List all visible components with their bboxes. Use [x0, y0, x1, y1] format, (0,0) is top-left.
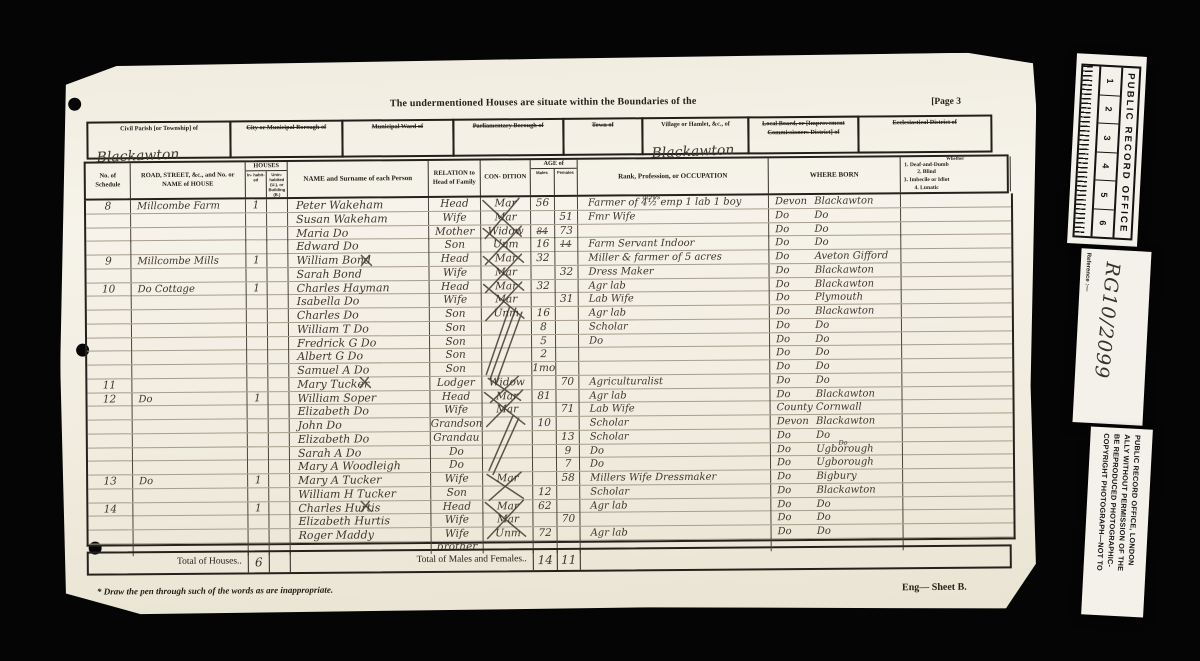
cell-age-male: 56: [531, 197, 555, 210]
cell-condition: Widow: [482, 376, 532, 389]
census-document: The undermentioned Houses are situate wi…: [58, 52, 1040, 616]
cell-inhabited: [246, 240, 267, 254]
cell-where-born: DoDo: [769, 208, 901, 222]
cell-name: Isabella Do: [289, 294, 430, 308]
cell-inhabited: [248, 419, 269, 432]
cell-name: William Soper: [289, 390, 430, 404]
district-field-label: Ecclesiastical District of: [890, 119, 958, 128]
cell-schedule: [86, 214, 131, 227]
cell-inhabited: [248, 488, 269, 501]
cell-relation: Lodger: [430, 376, 482, 389]
cell-relation: Son: [430, 363, 482, 376]
cell-schedule: 14: [88, 503, 133, 516]
cell-name: Edward Do: [288, 239, 429, 254]
cell-condition: [482, 335, 532, 348]
cell-condition: Mar: [483, 403, 533, 416]
cell-infirmity: [902, 386, 1012, 400]
cell-inhabited: [247, 364, 268, 377]
cell-infirmity: [902, 290, 1012, 304]
census-rows: 8Millcombe Farm1Peter WakehamHeadMar56Fa…: [84, 193, 1016, 546]
cell-relation: Grandau: [431, 431, 483, 444]
header-houses-title: HOUSES: [246, 162, 287, 171]
cell-road: [132, 309, 247, 323]
cell-uninhabited: [267, 213, 288, 226]
cell-age-female: 73: [555, 224, 578, 238]
cell-road: [132, 378, 247, 392]
total-houses-label: Total of Houses..: [89, 552, 249, 573]
cell-where-born: DevonBlackawton: [771, 414, 903, 428]
cell-inhabited: [248, 447, 269, 460]
cell-relation: Son: [429, 239, 481, 253]
cell-schedule: [88, 434, 133, 447]
cell-relation: Mother: [429, 225, 481, 239]
cell-uninhabited: [268, 364, 289, 377]
cell-occupation: Fmr Wife: [578, 209, 769, 223]
cell-condition: [483, 431, 533, 444]
cell-relation: Do: [431, 445, 483, 458]
cell-age-female: 51: [555, 211, 578, 224]
cell-relation: Wife: [431, 473, 483, 486]
cell-where-born: DoBlackawton: [770, 304, 902, 318]
cell-relation: Head: [429, 198, 481, 211]
cell-uninhabited: [267, 254, 288, 267]
cell-name: Susan Wakeham: [288, 212, 429, 226]
cell-age-male: 10: [533, 417, 557, 430]
district-field-label: Municipal Ward of: [370, 123, 425, 132]
ruler-number: 2: [1098, 95, 1119, 125]
cell-schedule: [87, 324, 132, 337]
cell-infirmity: [902, 345, 1012, 359]
cell-relation: Grandson: [431, 418, 483, 431]
cell-age-female: [556, 321, 579, 334]
cell-where-born: DoDo: [770, 359, 902, 373]
cell-where-born: DoDo: [771, 428, 903, 442]
cell-name: Elizabeth Do: [290, 404, 431, 418]
cell-name: William H Tucker: [290, 487, 431, 501]
cell-occupation: [579, 360, 770, 374]
cell-where-born: CountyCornwall: [771, 400, 903, 414]
cell-schedule: 13: [88, 475, 133, 488]
cell-age-female: 14: [555, 238, 578, 252]
cell-schedule: [86, 269, 131, 282]
cell-age-female: [556, 279, 579, 292]
cell-condition: Mar: [481, 266, 531, 279]
cell-inhabited: [248, 433, 269, 446]
cell-occupation: Agr lab: [579, 388, 770, 402]
cell-where-born: DoBlackawton: [770, 387, 902, 401]
district-row: Civil Parish [or Township] ofBlackawtonC…: [86, 114, 1006, 159]
ruler-number: 4: [1095, 152, 1116, 182]
cell-road: [131, 241, 246, 256]
cell-where-born: DoPlymouth: [770, 290, 902, 304]
cell-where-born: DoDo: [770, 332, 902, 346]
cell-inhabited: [247, 323, 268, 336]
header-road: ROAD, STREET, &c., and No. or NAME of HO…: [131, 162, 246, 198]
cell-condition: [483, 445, 533, 458]
cell-inhabited: [247, 295, 268, 308]
cell-uninhabited: [267, 268, 288, 281]
cell-road: [133, 406, 248, 420]
cell-name: Samuel A Do: [289, 363, 430, 377]
header-name: NAME and Surname of each Person: [288, 161, 429, 197]
cell-age-female: 13: [557, 431, 580, 444]
cell-road: [132, 337, 247, 351]
reference-value: RG10/2099: [1090, 261, 1124, 380]
footnote: * Draw the pen through such of the words…: [97, 585, 333, 597]
cell-schedule: 12: [87, 393, 132, 406]
cell-age-male: 32: [531, 252, 555, 265]
cell-road: Millcombe Farm: [131, 199, 246, 213]
cell-infirmity: [902, 331, 1012, 345]
cell-uninhabited: [269, 488, 290, 501]
header-age: AGE of Males Females: [531, 160, 578, 195]
cell-age-male: [531, 266, 555, 279]
cell-age-female: 58: [557, 472, 580, 485]
cell-road: [133, 502, 248, 516]
cell-name: Sarah Bond: [288, 267, 429, 281]
cell-schedule: 10: [87, 283, 132, 296]
cell-inhabited: [248, 515, 269, 528]
infirmity-list: 1. Deaf-and-Dumb2. Blind3. Imbecile or I…: [904, 162, 950, 192]
cell-age-male: 5: [532, 334, 556, 347]
cell-schedule: [87, 352, 132, 365]
cell-infirmity: [903, 400, 1013, 414]
cell-relation: Wife: [429, 266, 481, 279]
cell-age-male: [533, 431, 557, 444]
cell-inhabited: 1: [246, 254, 267, 267]
district-field: Village or Hamlet, &c., ofBlackawton: [641, 116, 750, 155]
cell-age-male: [533, 444, 557, 457]
cell-infirmity: [902, 358, 1012, 372]
ruler-number: 5: [1094, 180, 1115, 210]
cell-occupation: Agr lab: [579, 305, 770, 319]
cell-relation: Head: [431, 500, 483, 513]
cell-where-born: DoUgboroughDo: [771, 442, 903, 456]
cell-occupation: [580, 512, 771, 526]
cell-schedule: [86, 242, 131, 256]
cell-schedule: 11: [87, 379, 132, 392]
cell-where-born: DoDo: [769, 235, 901, 250]
header-where-born: WHERE BORN: [769, 157, 901, 193]
cell-road: [133, 461, 248, 475]
cell-schedule: 9: [86, 255, 131, 268]
cell-road: Do Cottage: [132, 282, 247, 296]
cell-uninhabited: [267, 199, 288, 212]
copyright-card: COPYRIGHT PHOTOGRAPH—NOT TOBE REPRODUCED…: [1081, 427, 1153, 618]
cell-road: [131, 213, 246, 227]
reference-card: Reference :— RG10/2099: [1072, 248, 1151, 425]
cell-infirmity: [903, 455, 1013, 469]
cell-uninhabited: [269, 419, 290, 432]
cell-condition: [482, 362, 532, 375]
cell-where-born: DoBigbury: [771, 469, 903, 483]
cell-uninhabited: [268, 282, 289, 295]
cell-age-female: 71: [557, 403, 580, 416]
cell-schedule: 8: [86, 200, 131, 213]
cell-infirmity: [903, 441, 1013, 455]
cell-name: Albert G Do: [289, 349, 430, 363]
cell-name: Elizabeth Do: [290, 432, 431, 446]
cell-occupation: Millers Wife Dressmaker: [580, 470, 771, 484]
cell-name: Maria Do: [288, 225, 429, 240]
cell-age-male: 1mo: [532, 362, 556, 375]
cell-name: William Bond: [288, 253, 429, 267]
cell-inhabited: 1: [248, 502, 269, 515]
cell-where-born: DoAveton Gifford: [769, 249, 901, 263]
cell-condition: [483, 486, 533, 499]
cell-name: William T Do: [289, 322, 430, 336]
cell-where-born: DoBlackawton: [769, 263, 901, 277]
cell-inhabited: [247, 350, 268, 363]
cell-road: [133, 447, 248, 461]
cell-age-female: [557, 486, 580, 499]
header-houses: HOUSES In- habit- ed Unin- habited (U.),…: [246, 162, 288, 197]
cell-where-born: DevonBlackawton: [769, 194, 901, 208]
cell-infirmity: [901, 207, 1011, 221]
cell-age-female: [555, 197, 578, 210]
cell-relation: Son: [430, 349, 482, 362]
district-field-label: Civil Parish [or Township] of: [118, 125, 200, 134]
cell-relation: Son: [430, 308, 482, 321]
district-field: Civil Parish [or Township] ofBlackawton: [86, 120, 232, 159]
hole-punch: [68, 98, 81, 111]
cell-uninhabited: [268, 337, 289, 350]
cell-road: [131, 227, 246, 242]
cell-uninhabited: [269, 502, 290, 515]
cell-condition: Mar: [482, 390, 532, 403]
cell-relation: Do: [431, 459, 483, 472]
cell-age-male: 16: [532, 307, 556, 320]
ruler-number: 6: [1092, 209, 1113, 238]
cell-occupation: Do: [580, 457, 771, 471]
cell-schedule: [87, 365, 132, 378]
cell-schedule: [87, 310, 132, 323]
header-females: Females: [554, 169, 577, 195]
cell-age-male: 2: [532, 348, 556, 361]
cell-occupation: Scholar: [580, 484, 771, 498]
header-schedule: No. of Schedule: [86, 163, 131, 198]
cell-infirmity: [903, 468, 1013, 482]
cell-age-male: 16: [531, 238, 555, 252]
cell-relation: Son: [430, 335, 482, 348]
cell-condition: [482, 348, 532, 361]
cell-where-born: DoBlackawton: [771, 483, 903, 497]
cell-occupation: Scholar: [580, 429, 771, 443]
cell-name: Charles Hayman: [289, 280, 430, 294]
cell-infirmity: [903, 427, 1013, 441]
cell-age-female: 70: [557, 513, 580, 526]
district-field: Municipal Ward of: [341, 119, 454, 158]
infirmity-item: 4. Lunatic: [904, 184, 950, 192]
cell-age-male: 62: [533, 499, 557, 512]
cell-age-female: [557, 499, 580, 512]
header-uninhabited: Unin- habited (U.), or Building (B.): [267, 171, 287, 197]
cell-relation: Wife: [431, 404, 483, 417]
cell-where-born: DoDo: [770, 373, 902, 387]
cell-uninhabited: [268, 378, 289, 391]
cell-relation: Head: [429, 253, 481, 266]
cell-where-born: DoDo: [771, 510, 903, 524]
header-age-title: AGE of: [531, 160, 577, 170]
district-field: City or Municipal Borough of: [230, 120, 343, 159]
district-field: Ecclesiastical District of: [857, 115, 993, 154]
cell-inhabited: 1: [248, 474, 269, 487]
cell-age-male: [531, 211, 555, 224]
cell-where-born: DoBlackawton: [770, 277, 902, 291]
header-condition: CON- DITION: [481, 160, 531, 195]
cell-relation: Wife: [430, 294, 482, 307]
cell-name: Sarah A Do: [290, 445, 431, 459]
cell-occupation: Scholar: [580, 415, 771, 429]
cell-uninhabited: [269, 474, 290, 487]
cell-occupation: Agriculturalist: [579, 374, 770, 388]
cell-age-male: [533, 403, 557, 416]
cell-relation: Son: [430, 321, 482, 334]
cell-condition: Widow: [481, 225, 531, 239]
cell-condition: Mar: [481, 197, 531, 210]
cell-age-female: 32: [555, 266, 578, 279]
cell-road: [132, 323, 247, 337]
cell-inhabited: [246, 213, 267, 226]
cell-inhabited: 1: [247, 282, 268, 295]
cell-infirmity: [903, 510, 1013, 524]
pro-ruler-card: 123456 PUBLIC RECORD OFFICE: [1067, 53, 1147, 246]
cell-uninhabited: [269, 460, 290, 473]
header-males: Males: [531, 169, 555, 195]
cell-age-female: 70: [556, 376, 579, 389]
cell-schedule: [88, 517, 133, 530]
cell-condition: Mar: [483, 513, 533, 526]
cell-schedule: [88, 489, 133, 502]
cell-occupation: Scholar: [579, 319, 770, 333]
cell-condition: [483, 458, 533, 471]
cell-occupation: Miller & farmer of 5 acres: [578, 250, 769, 264]
cell-uninhabited: [267, 227, 288, 241]
cell-infirmity: [902, 372, 1012, 386]
cell-where-born: DoDo: [769, 222, 901, 237]
cell-schedule: [88, 420, 133, 433]
district-field-label: Parliamentary Borough of: [471, 122, 546, 131]
cell-inhabited: [248, 405, 269, 418]
cell-infirmity: [901, 248, 1011, 262]
cell-road: Do: [132, 392, 247, 406]
cell-schedule: [88, 407, 133, 420]
cell-infirmity: [902, 303, 1012, 317]
district-field-label: Local Board, or [Improvement Commissione…: [750, 120, 857, 138]
header-occupation: Rank, Profession, or OCCUPATION: [578, 158, 769, 194]
cell-infirmity: [903, 482, 1013, 496]
cell-schedule: [87, 297, 132, 310]
district-field: Parliamentary Borough of: [452, 118, 565, 157]
total-houses-value: 6: [249, 552, 270, 572]
cell-uninhabited: [268, 295, 289, 308]
cell-age-female: [556, 389, 579, 402]
cell-relation: Wife: [429, 211, 481, 224]
totals-spacer: [270, 552, 291, 572]
cell-infirmity: [902, 317, 1012, 331]
cell-occupation: Agr lab: [580, 498, 771, 512]
district-field: Local Board, or [Improvement Commissione…: [748, 116, 860, 155]
cell-age-female: [555, 252, 578, 265]
cell-where-born: DoDo: [770, 318, 902, 332]
cell-inhabited: [246, 227, 267, 241]
cell-name: Peter Wakeham: [288, 198, 429, 212]
cell-inhabited: 1: [247, 392, 268, 405]
cell-age-male: 32: [532, 279, 556, 292]
cell-name: Charles Hurtis: [290, 500, 431, 514]
cell-condition: Mar: [482, 280, 532, 293]
cell-age-male: 12: [533, 486, 557, 499]
cell-road: [133, 419, 248, 433]
cell-age-male: [532, 376, 556, 389]
cell-where-born: DoDo: [770, 345, 902, 359]
cell-age-female: [556, 348, 579, 361]
cell-relation: Wife: [431, 514, 483, 527]
cell-infirmity: [901, 262, 1011, 276]
cell-infirmity: [901, 193, 1011, 207]
cell-condition: Mar: [481, 211, 531, 224]
cell-relation: Head: [430, 280, 482, 293]
page-label: [Page 3: [931, 97, 961, 107]
cell-road: [133, 433, 248, 447]
cell-inhabited: [247, 337, 268, 350]
total-males-value: 14: [534, 550, 558, 570]
cell-name: John Do: [290, 418, 431, 432]
cell-condition: Mar: [481, 252, 531, 265]
cell-uninhabited: [269, 405, 290, 418]
reference-label: Reference :—: [1083, 252, 1091, 291]
cell-age-male: 84: [531, 224, 555, 238]
cell-age-female: [556, 334, 579, 347]
cell-road: [133, 488, 248, 502]
district-field-label: City or Municipal Borough of: [244, 124, 328, 133]
cell-name: Mary A Woodleigh: [290, 459, 431, 473]
cell-road: [131, 268, 246, 282]
ruler-number: 3: [1097, 124, 1118, 154]
document-title: The undermentioned Houses are situate wi…: [373, 96, 713, 111]
cell-uninhabited: [269, 433, 290, 446]
header-relation: RELATION to Head of Family: [429, 161, 481, 196]
cell-infirmity: [903, 496, 1013, 510]
cell-name: Roger Maddy: [291, 528, 432, 555]
cell-uninhabited: [269, 447, 290, 460]
cell-age-male: 8: [532, 321, 556, 334]
cell-occupation: Do: [579, 333, 770, 347]
cell-age-male: [533, 458, 557, 471]
microfilm-photo: 18 The undermentioned Houses are situate…: [0, 0, 1200, 661]
cell-age-female: [557, 417, 580, 430]
cell-name: Mary A Tucker: [290, 473, 431, 487]
cell-age-female: 9: [557, 444, 580, 457]
cell-occupation: Dress Maker: [578, 264, 769, 278]
sheet-label: Eng— Sheet B.: [902, 582, 967, 594]
cell-infirmity: [902, 276, 1012, 290]
cell-schedule: [88, 462, 133, 475]
cell-inhabited: 1: [246, 199, 267, 212]
header-infirmity: Whether 1. Deaf-and-Dumb2. Blind3. Imbec…: [901, 156, 1011, 192]
cell-uninhabited: [268, 323, 289, 336]
cell-name: Charles Do: [289, 308, 430, 322]
cell-age-male: 81: [532, 389, 556, 402]
cell-age-male: [533, 513, 557, 526]
cell-age-female: 7: [557, 458, 580, 471]
cell-condition: Mar: [482, 293, 532, 306]
cell-occupation: Lab Wife: [580, 402, 771, 416]
cell-schedule: [86, 228, 131, 242]
district-field-label: Village or Hamlet, &c., of: [659, 121, 732, 130]
district-field-label: Town of: [590, 121, 616, 130]
cell-occupation: [579, 347, 770, 361]
